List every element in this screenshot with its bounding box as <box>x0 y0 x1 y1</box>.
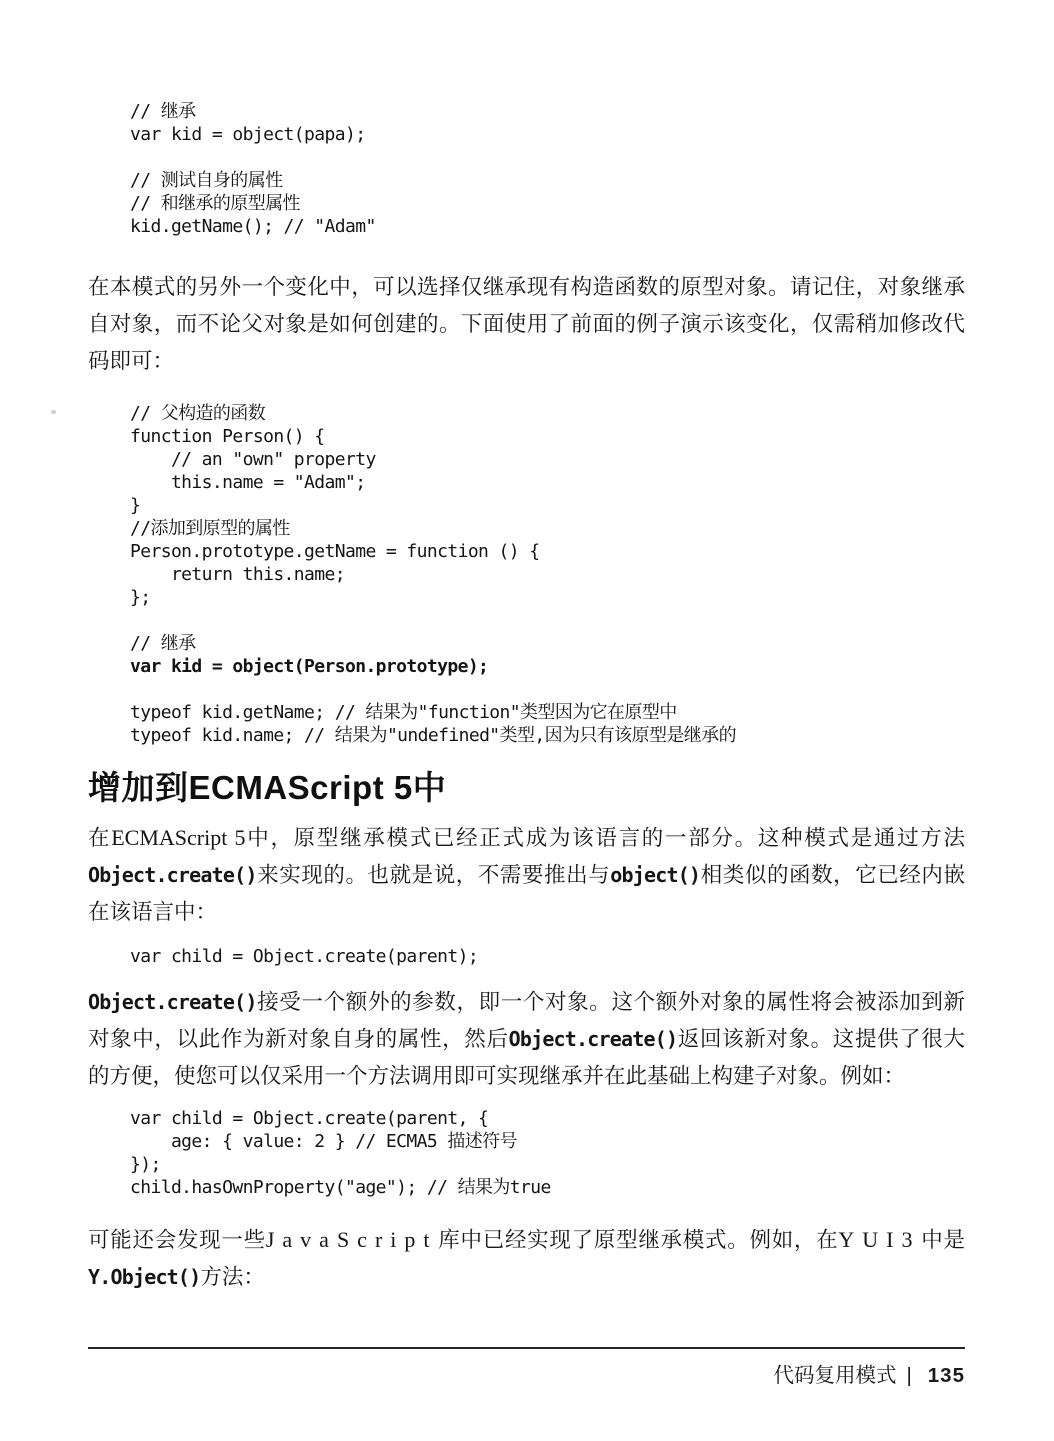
code-line <box>130 678 965 701</box>
code-line: // 父构造的函数 <box>130 402 965 425</box>
code-line: }); <box>130 1153 965 1176</box>
code-line: var kid = object(papa); <box>130 123 965 146</box>
text-run: 可能还会发现一些 <box>88 1228 266 1252</box>
code-line: // 继承 <box>130 632 965 655</box>
code-line: //添加到原型的属性 <box>130 517 965 540</box>
text-run: ECMAScript 5 <box>111 825 245 850</box>
code-line: // 测试自身的属性 <box>130 169 965 192</box>
code-line <box>130 609 965 632</box>
para-variation-intro: 在本模式的另外一个变化中，可以选择仅继承现有构造函数的原型对象。请记住，对象继承… <box>88 269 965 380</box>
code-line: kid.getName(); // "Adam" <box>130 215 965 238</box>
code-line: var child = Object.create(parent); <box>130 945 965 968</box>
code-line: } <box>130 494 965 517</box>
section-heading: 增加到ECMAScript 5中 <box>88 765 965 811</box>
inline-code: Object.create() <box>88 863 257 887</box>
text-run: 库中已经实现了原型继承模式。例如，在 <box>438 1228 839 1252</box>
code-object-create-descriptor: var child = Object.create(parent, { age:… <box>130 1107 965 1199</box>
content: // 继承var kid = object(papa); // 测试自身的属性/… <box>88 0 965 1296</box>
code-line <box>130 146 965 169</box>
book-page: // 继承var kid = object(papa); // 测试自身的属性/… <box>0 0 1054 1441</box>
para-libraries-yui: 可能还会发现一些JavaScript库中已经实现了原型继承模式。例如，在YUI3… <box>88 1221 965 1296</box>
code-line: this.name = "Adam"; <box>130 471 965 494</box>
code-line: typeof kid.getName; // 结果为"function"类型因为… <box>130 701 965 724</box>
para-object-create-extra-arg: Object.create()接受一个额外的参数，即一个对象。这个额外对象的属性… <box>88 984 965 1095</box>
text-run: 中是 <box>921 1228 965 1252</box>
inline-code: Y.Object() <box>88 1265 200 1289</box>
page-number: 135 <box>928 1364 965 1387</box>
text-run: 来实现的。也就是说，不需要推出与 <box>257 863 611 887</box>
footer-text: 代码复用模式|135 <box>88 1349 965 1388</box>
code-line: return this.name; <box>130 563 965 586</box>
para-ecmascript5-intro: 在ECMAScript 5中，原型继承模式已经正式成为该语言的一部分。这种模式是… <box>88 819 965 931</box>
inline-code: Object.create() <box>509 1027 678 1051</box>
code-line: }; <box>130 586 965 609</box>
scan-artifact-dot <box>51 410 56 414</box>
text-run: 在本模式的另外一个变化中，可以选择仅继承现有构造函数的原型对象。请记住，对象继承… <box>88 275 965 373</box>
text-run: YUI3 <box>838 1227 920 1252</box>
inline-code: object() <box>610 863 700 887</box>
code-line: // 继承 <box>130 100 965 123</box>
text-run: 中，原型继承模式已经正式成为该语言的一部分。这种模式是通过方法 <box>246 826 965 850</box>
code-line: function Person() { <box>130 425 965 448</box>
footer-section-title: 代码复用模式 <box>773 1364 896 1387</box>
text-run: 在 <box>88 826 111 850</box>
code-object-create-parent: var child = Object.create(parent); <box>130 945 965 968</box>
code-line: typeof kid.name; // 结果为"undefined"类型,因为只… <box>130 724 965 747</box>
footer-separator: | <box>906 1364 911 1388</box>
code-line: // an "own" property <box>130 448 965 471</box>
page-footer: 代码复用模式|135 <box>88 1347 965 1388</box>
code-line: child.hasOwnProperty("age"); // 结果为true <box>130 1176 965 1199</box>
inline-code: Object.create() <box>88 990 257 1014</box>
text-run: JavaScript <box>266 1227 438 1252</box>
code-line: var kid = object(Person.prototype); <box>130 655 965 678</box>
code-line: // 和继承的原型属性 <box>130 192 965 215</box>
text-run: 方法： <box>200 1265 265 1289</box>
code-inheritance-object-papa: // 继承var kid = object(papa); // 测试自身的属性/… <box>130 100 965 238</box>
code-line: var child = Object.create(parent, { <box>130 1107 965 1130</box>
code-person-prototype: // 父构造的函数function Person() { // an "own"… <box>130 402 965 747</box>
code-line: Person.prototype.getName = function () { <box>130 540 965 563</box>
code-line: age: { value: 2 } // ECMA5 描述符号 <box>130 1130 965 1153</box>
